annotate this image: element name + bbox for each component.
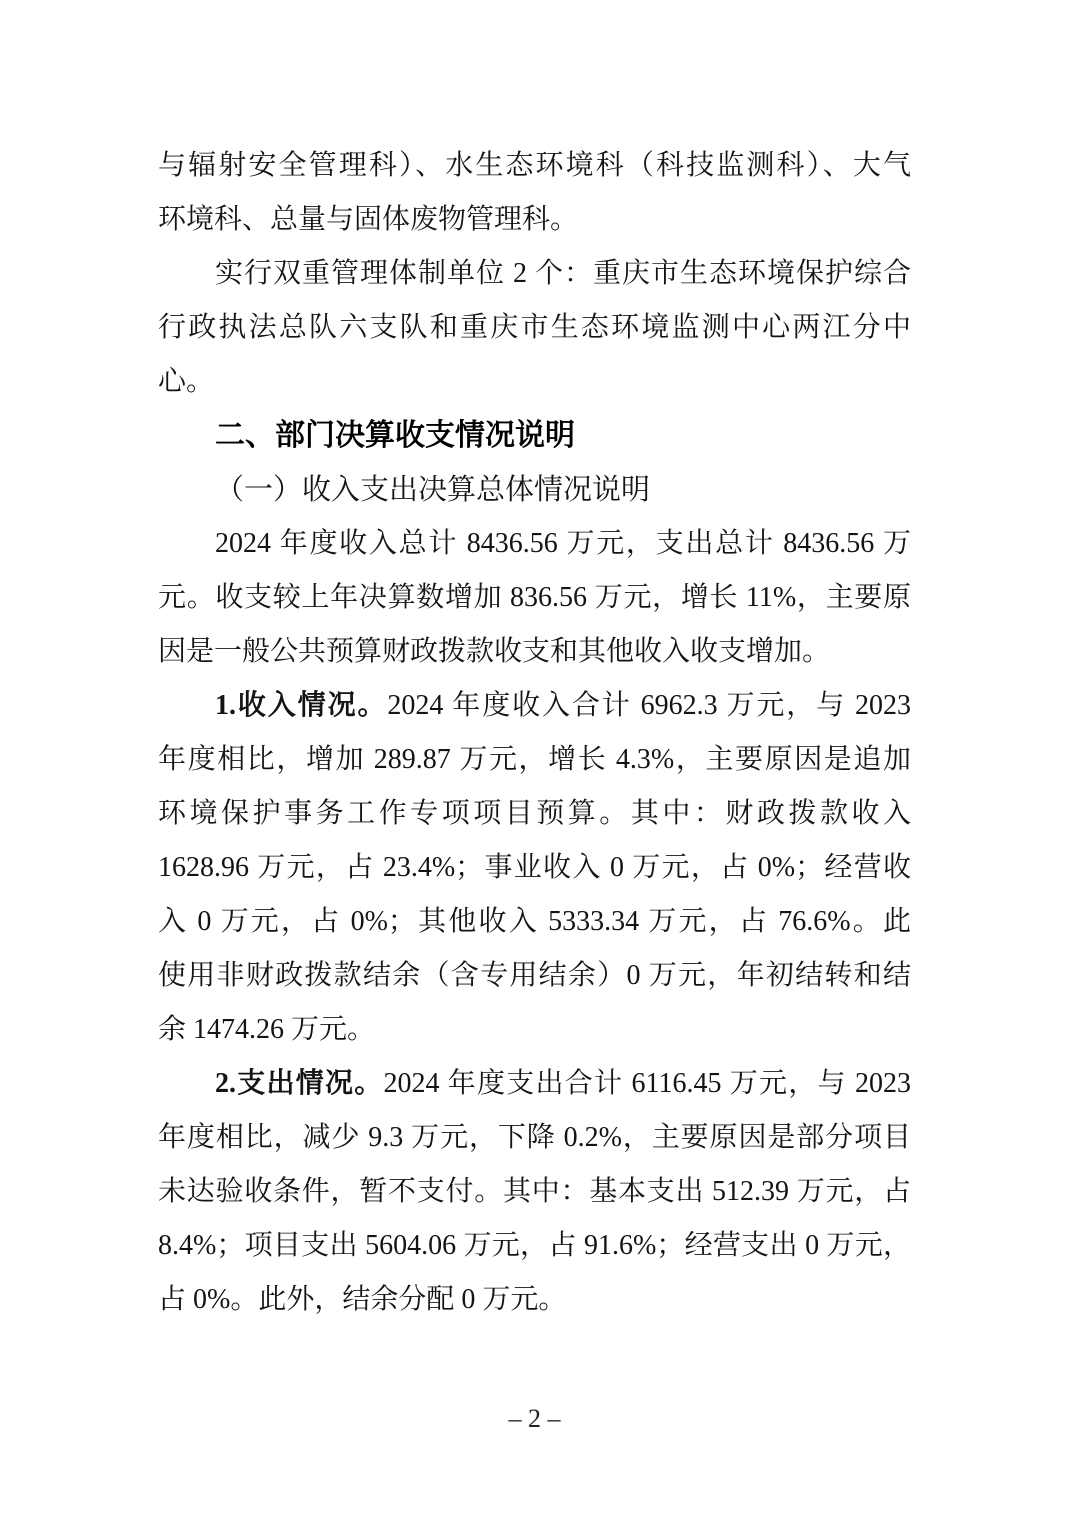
text-line: 余 1474.26 万元。 — [158, 1003, 911, 1057]
text-line: 未达验收条件，暂不支付。其中：基本支出 512.39 万元，占 — [158, 1165, 911, 1219]
text-line: 环境科、总量与固体废物管理科。 — [158, 193, 911, 247]
text-line: 2.支出情况。2024 年度支出合计 6116.45 万元，与 2023 — [158, 1057, 911, 1111]
text-line: 元。收支较上年决算数增加 836.56 万元，增长 11%，主要原 — [158, 571, 911, 625]
text-line: 心。 — [158, 355, 911, 409]
text-line: 实行双重管理体制单位 2 个：重庆市生态环境保护综合 — [158, 247, 911, 301]
page-number: – 2 – — [509, 1404, 561, 1433]
bold-lead-in: 2.支出情况。 — [215, 1068, 384, 1099]
text-line: 年度相比，减少 9.3 万元，下降 0.2%，主要原因是部分项目 — [158, 1111, 911, 1165]
text-line: 1628.96 万元，占 23.4%；事业收入 0 万元，占 0%；经营收 — [158, 841, 911, 895]
text-line: 2024 年度收入总计 8436.56 万元，支出总计 8436.56 万 — [158, 517, 911, 571]
document-body: 与辐射安全管理科）、水生态环境科（科技监测科）、大气环境科、总量与固体废物管理科… — [158, 139, 911, 1327]
text-line: 占 0%。此外，结余分配 0 万元。 — [158, 1273, 911, 1327]
text-line: 1.收入情况。2024 年度收入合计 6962.3 万元，与 2023 — [158, 679, 911, 733]
document-page: 与辐射安全管理科）、水生态环境科（科技监测科）、大气环境科、总量与固体废物管理科… — [0, 0, 1075, 1520]
sub-section-heading: （一）收入支出决算总体情况说明 — [158, 463, 911, 517]
bold-lead-in: 1.收入情况。 — [215, 690, 387, 721]
text-line: 环境保护事务工作专项项目预算。其中：财政拨款收入 — [158, 787, 911, 841]
line-text: 2024 年度支出合计 6116.45 万元，与 2023 — [384, 1068, 911, 1099]
text-line: 年度相比，增加 289.87 万元，增长 4.3%，主要原因是追加 — [158, 733, 911, 787]
text-line: 8.4%；项目支出 5604.06 万元，占 91.6%；经营支出 0 万元， — [158, 1219, 911, 1273]
text-line: 行政执法总队六支队和重庆市生态环境监测中心两江分中 — [158, 301, 911, 355]
line-text: 2024 年度收入合计 6962.3 万元，与 2023 — [387, 690, 911, 721]
page-footer: – 2 – — [158, 1399, 911, 1439]
text-line: 使用非财政拨款结余（含专用结余）0 万元，年初结转和结 — [158, 949, 911, 1003]
text-line: 与辐射安全管理科）、水生态环境科（科技监测科）、大气 — [158, 139, 911, 193]
text-line: 因是一般公共预算财政拨款收支和其他收入收支增加。 — [158, 625, 911, 679]
section-heading: 二、部门决算收支情况说明 — [158, 409, 911, 463]
text-line: 入 0 万元，占 0%；其他收入 5333.34 万元，占 76.6%。此外， — [158, 895, 911, 949]
